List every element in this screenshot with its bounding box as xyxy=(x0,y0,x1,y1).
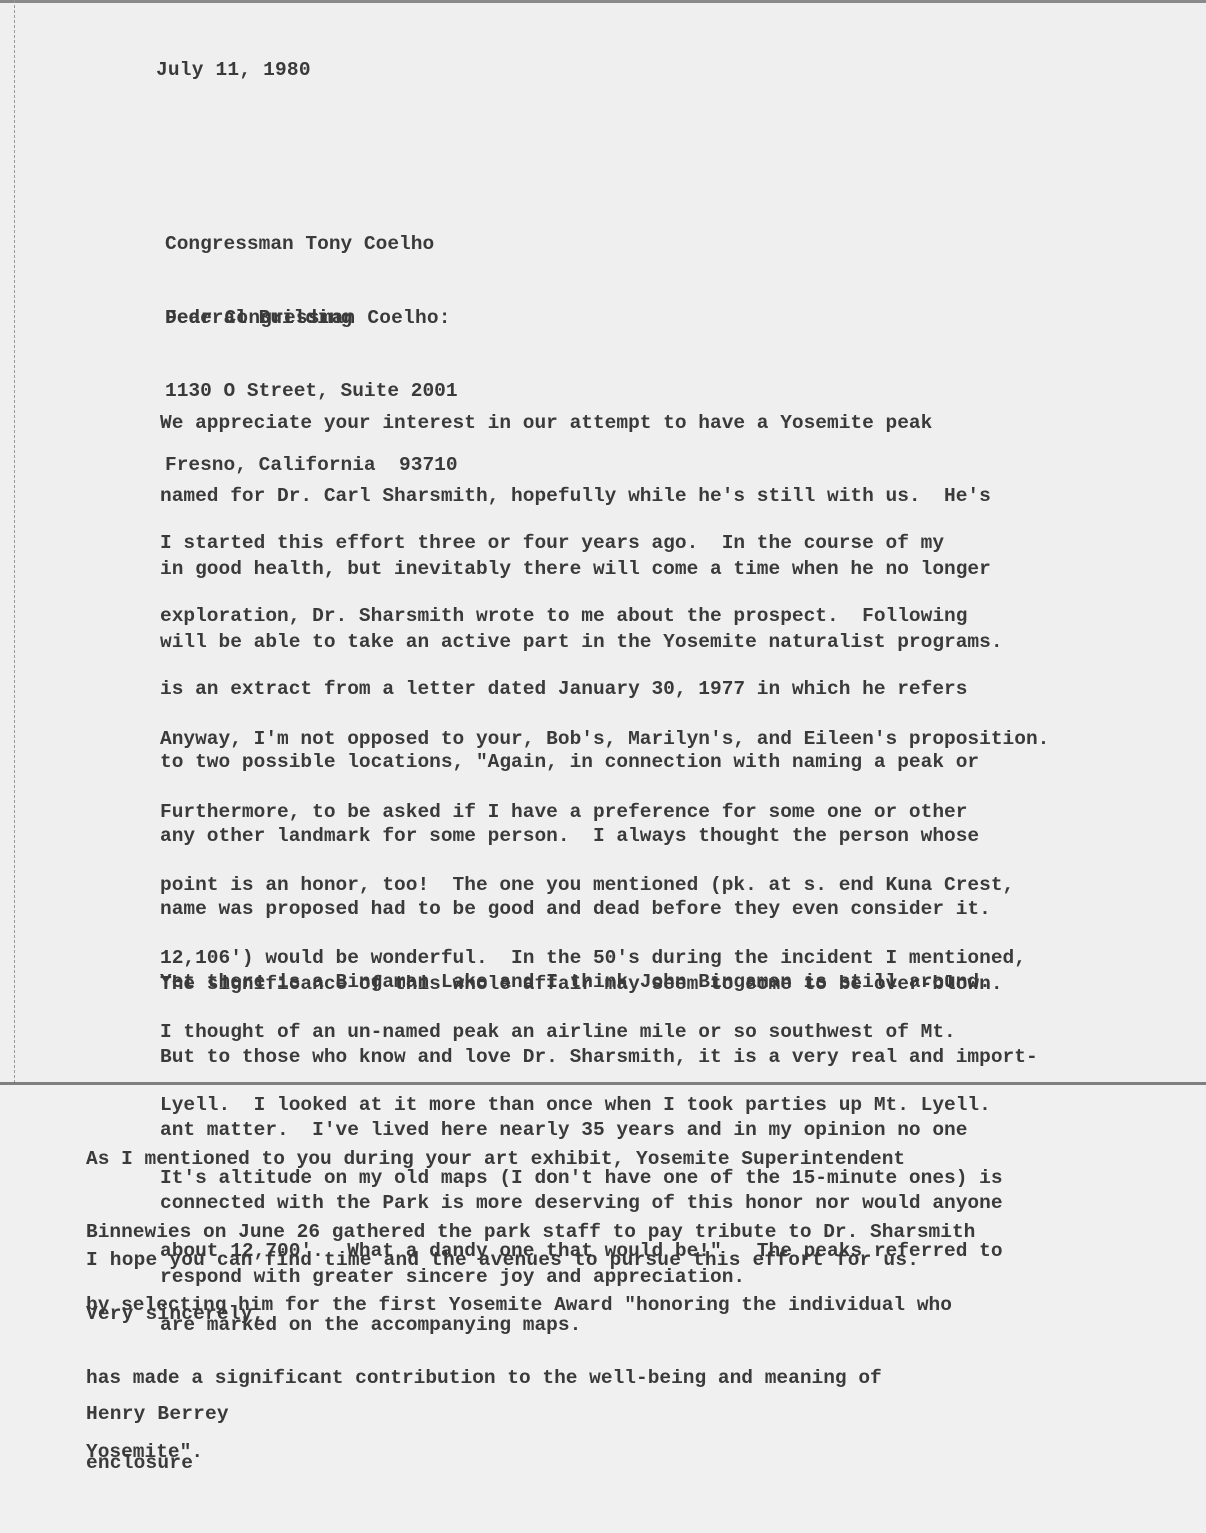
paragraph-line: exploration, Dr. Sharsmith wrote to me a… xyxy=(160,604,991,628)
letter-date: July 11, 1980 xyxy=(156,58,311,83)
paragraph-line: The significance of this whole affair ma… xyxy=(160,972,1038,996)
recipient-line: Congressman Tony Coelho xyxy=(165,232,458,257)
paragraph-line: has made a significant contribution to t… xyxy=(86,1366,975,1390)
left-edge-perforation xyxy=(14,0,15,1083)
paragraph-line: Anyway, I'm not opposed to your, Bob's, … xyxy=(160,727,1049,751)
signature-name: Henry Berrey xyxy=(86,1402,229,1427)
paragraph-line: I started this effort three or four year… xyxy=(160,531,991,555)
closing-request: I hope you can find time and the avenues… xyxy=(86,1248,919,1273)
paragraph-line: We appreciate your interest in our attem… xyxy=(160,411,1003,435)
paragraph-line: As I mentioned to you during your art ex… xyxy=(86,1147,975,1171)
paragraph-line: But to those who know and love Dr. Shars… xyxy=(160,1045,1038,1069)
paragraph-line: point is an honor, too! The one you ment… xyxy=(160,873,1049,897)
addendum-paragraph: As I mentioned to you during your art ex… xyxy=(86,1098,975,1489)
paragraph-line: Furthermore, to be asked if I have a pre… xyxy=(160,800,1049,824)
complimentary-close: Very sincerely, xyxy=(86,1302,265,1327)
paragraph-line: Binnewies on June 26 gathered the park s… xyxy=(86,1220,975,1244)
enclosure-note: enclosure xyxy=(86,1451,193,1476)
paragraph-line: Yosemite". xyxy=(86,1440,975,1464)
salutation: Dear Congressman Coelho: xyxy=(165,306,451,331)
